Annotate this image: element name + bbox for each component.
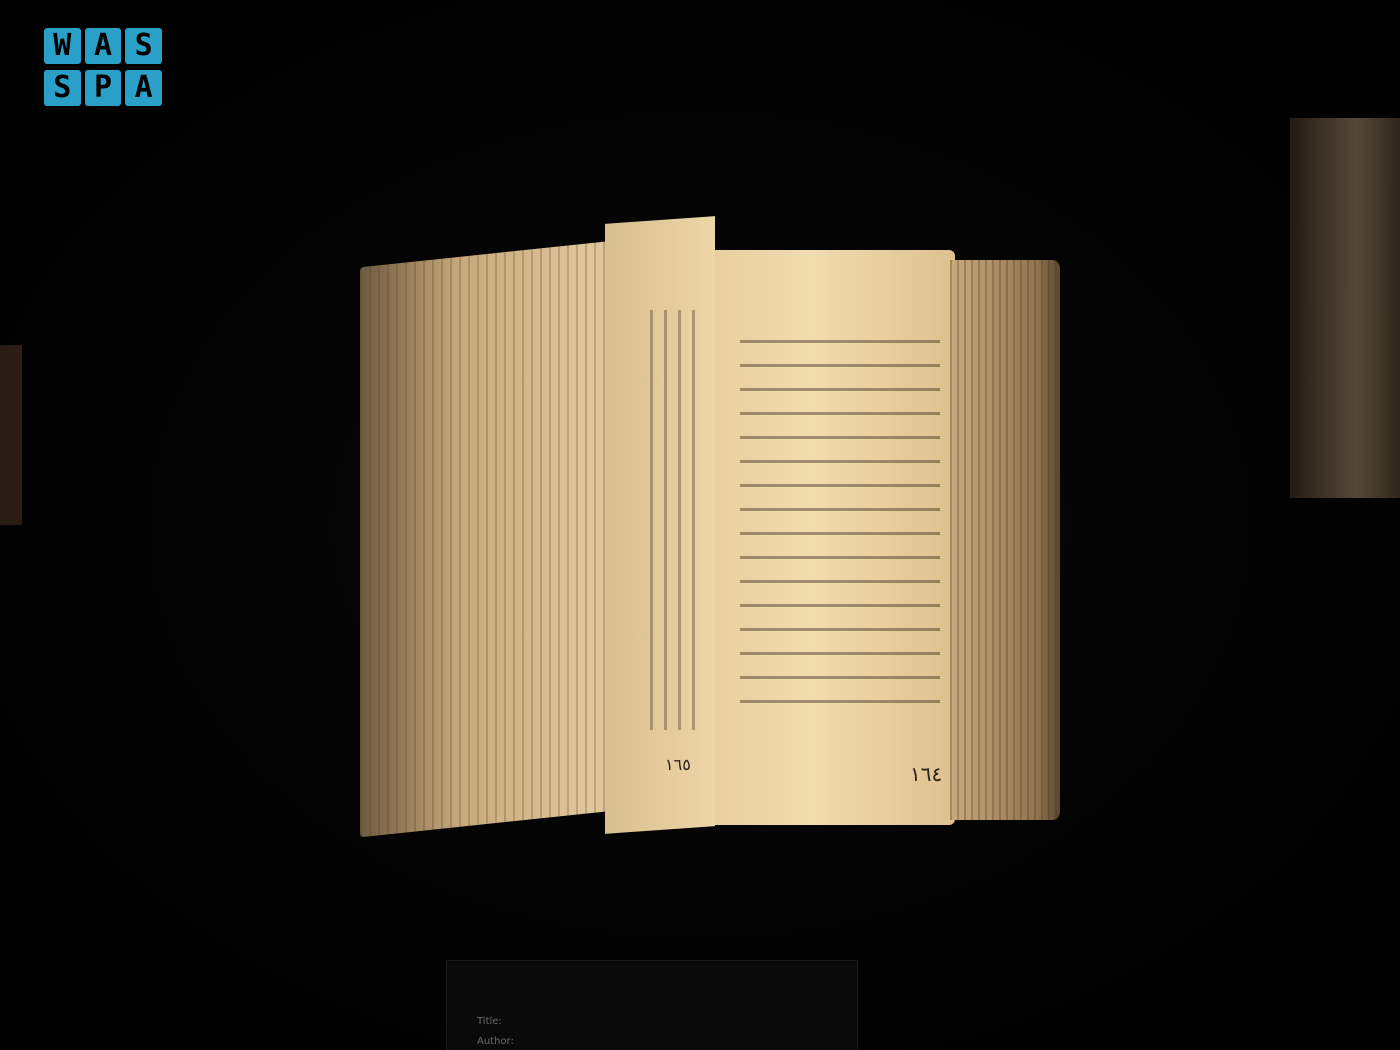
right-page-block [950, 260, 1060, 820]
photo-scene: W A S S P A ١٦٥ ١٦٤ Title: Author: [0, 0, 1400, 1050]
logo-glyph: S [44, 70, 81, 106]
logo-glyph: A [85, 28, 122, 64]
right-page-text [740, 340, 940, 720]
placard-author-label: Author: [477, 1036, 514, 1047]
exhibit-placard: Title: Author: [446, 960, 858, 1050]
open-manuscript: ١٦٥ ١٦٤ [360, 190, 1080, 840]
placard-title-label: Title: [477, 1016, 502, 1027]
left-page-text [650, 310, 700, 730]
logo-glyph: W [44, 28, 81, 64]
right-page-number: ١٦٤ [910, 762, 942, 786]
logo-glyph: P [85, 70, 122, 106]
logo-glyph: A [125, 70, 162, 106]
logo-glyph: S [125, 28, 162, 64]
adjacent-exhibit-right [1290, 118, 1400, 498]
spa-logo: W A S S P A [44, 28, 162, 108]
adjacent-exhibit-left [0, 345, 22, 525]
left-page-number: ١٦٥ [665, 755, 691, 774]
